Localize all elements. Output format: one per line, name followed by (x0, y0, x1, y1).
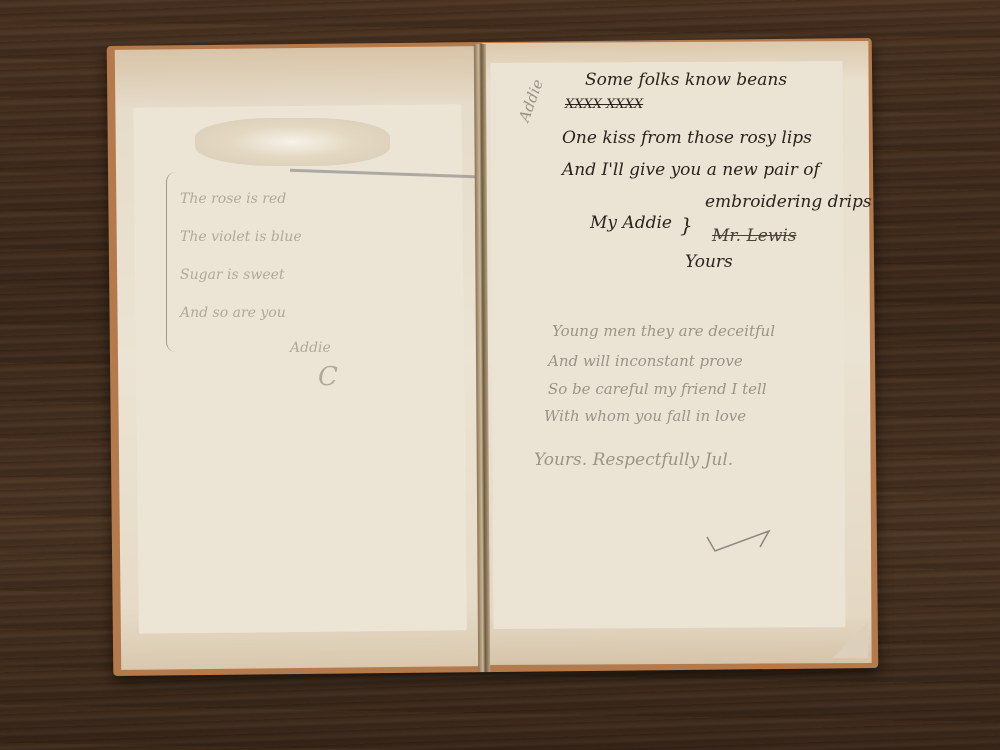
verse-line: And so are you (180, 294, 302, 332)
pencil-line: Young men they are deceitful (552, 322, 775, 340)
pencil-line: So be careful my friend I tell (548, 380, 767, 398)
left-verse: The rose is red The violet is blue Sugar… (180, 180, 302, 332)
verse-line: The violet is blue (180, 218, 302, 256)
verse-line: Sugar is sweet (180, 256, 302, 294)
ink-line: And I'll give you a new pair of (562, 160, 820, 180)
pencil-line: And will inconstant prove (548, 352, 743, 370)
folded-corner (832, 622, 868, 658)
glue-stain (195, 118, 390, 166)
brace-glyph: } (680, 213, 693, 237)
pencil-checkmark (705, 527, 775, 553)
ink-line: One kiss from those rosy lips (562, 128, 812, 148)
verse-line: The rose is red (180, 180, 302, 218)
pencil-brace (166, 172, 181, 352)
pencil-line: With whom you fall in love (544, 407, 746, 425)
closing: Yours (685, 252, 733, 272)
ink-line: embroidering drips (705, 192, 872, 212)
addressee: My Addie (590, 213, 672, 233)
left-signature: Addie (290, 340, 331, 356)
struck-line: XXXX XXXX (565, 97, 643, 112)
pencil-mark: C (318, 362, 338, 392)
struck-signature: Mr. Lewis (712, 226, 797, 246)
pencil-closing: Yours. Respectfully Jul. (534, 450, 733, 470)
ink-line: Some folks know beans (585, 70, 787, 90)
